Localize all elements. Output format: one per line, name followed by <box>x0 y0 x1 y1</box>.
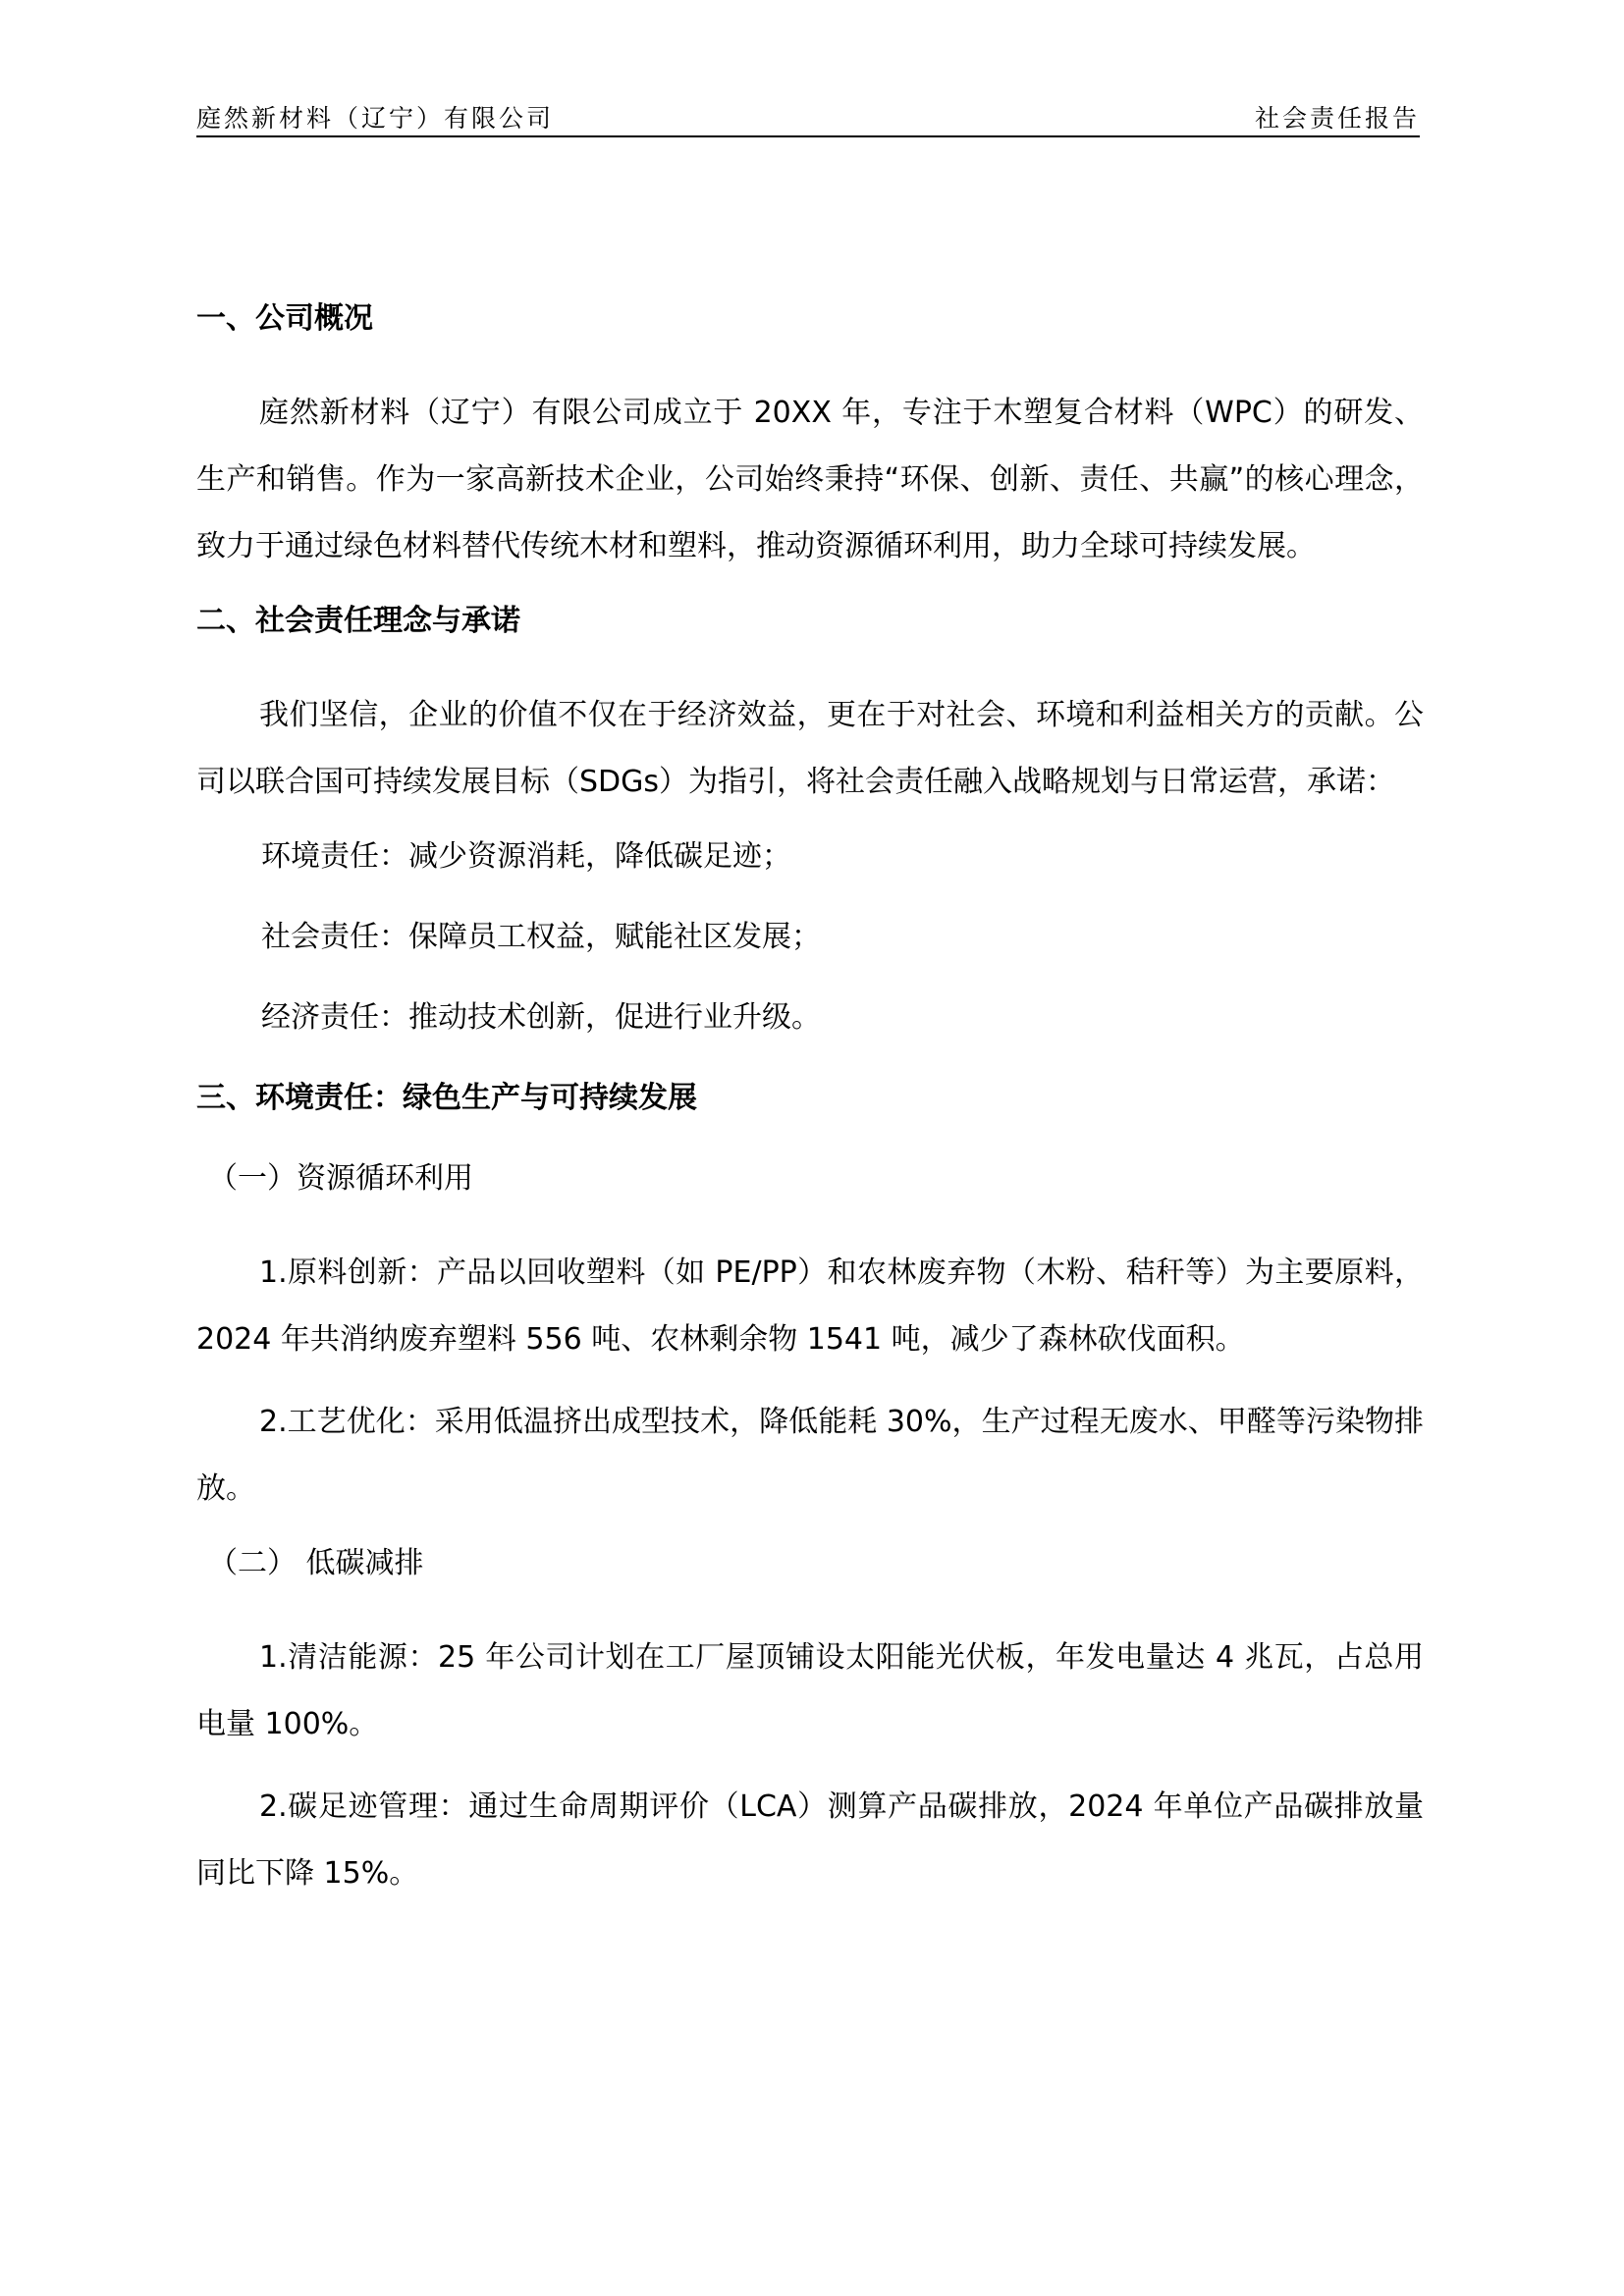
header-report-title: 社会责任报告 <box>1255 102 1420 135</box>
commitment-economic: 经济责任：推动技术创新，促进行业升级。 <box>261 998 1424 1038</box>
commitment-social: 社会责任：保障员工权益，赋能社区发展； <box>261 918 1424 957</box>
paragraph-process: 2.工艺优化：采用低温挤出成型技术，降低能耗 30%，生产过程无废水、甲醛等污染… <box>196 1389 1424 1522</box>
header-company: 庭然新材料（辽宁）有限公司 <box>196 102 554 135</box>
page-header: 庭然新材料（辽宁）有限公司 社会责任报告 <box>196 98 1420 137</box>
section-title-commitment: 二、社会责任理念与承诺 <box>196 602 1424 641</box>
subsection-title-low-carbon: （二） 低碳减排 <box>208 1544 1424 1583</box>
section-title-overview: 一、公司概况 <box>196 299 1424 339</box>
paragraph-commitment: 我们坚信，企业的价值不仅在于经济效益，更在于对社会、环境和利益相关方的贡献。公司… <box>196 682 1424 816</box>
section-title-environment: 三、环境责任：绿色生产与可持续发展 <box>196 1079 1424 1118</box>
commitment-environment: 环境责任：减少资源消耗，降低碳足迹； <box>261 837 1424 877</box>
paragraph-carbon-footprint: 2.碳足迹管理：通过生命周期评价（LCA）测算产品碳排放，2024 年单位产品碳… <box>196 1774 1424 1907</box>
document-body: 一、公司概况 庭然新材料（辽宁）有限公司成立于 20XX 年，专注于木塑复合材料… <box>196 299 1424 1923</box>
paragraph-raw-material: 1.原料创新：产品以回收塑料（如 PE/PP）和农林废弃物（木粉、秸秆等）为主要… <box>196 1240 1424 1373</box>
subsection-title-recycling: （一）资源循环利用 <box>208 1159 1424 1199</box>
paragraph-overview: 庭然新材料（辽宁）有限公司成立于 20XX 年，专注于木塑复合材料（WPC）的研… <box>196 380 1424 580</box>
paragraph-clean-energy: 1.清洁能源：25 年公司计划在工厂屋顶铺设太阳能光伏板，年发电量达 4 兆瓦，… <box>196 1625 1424 1758</box>
